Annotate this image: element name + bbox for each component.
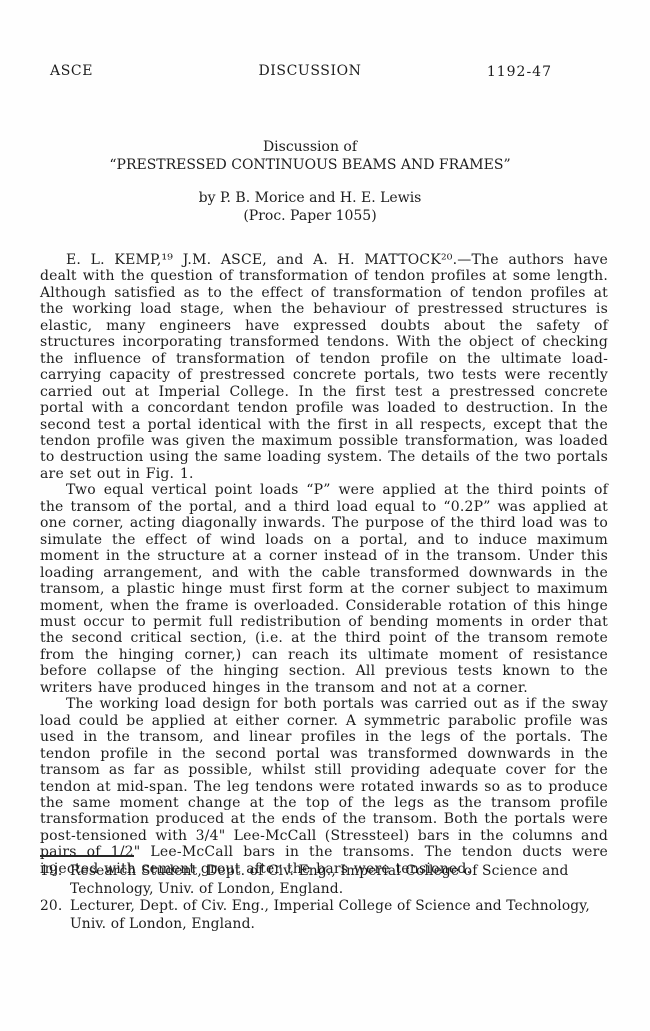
footnote-separator [40, 855, 134, 857]
body-paragraph: The working load design for both portals… [40, 696, 608, 877]
footnote-text: Research Student, Dept. of Civ. Eng., Im… [70, 863, 614, 898]
discussion-label: Discussion of [40, 139, 580, 157]
paper-reference: (Proc. Paper 1055) [40, 208, 580, 226]
byline: by P. B. Morice and H. E. Lewis [40, 190, 580, 208]
running-head-section: DISCUSSION [258, 63, 361, 79]
paper-title: “PRESTRESSED CONTINUOUS BEAMS AND FRAMES… [40, 157, 580, 175]
document-page: ASCE DISCUSSION 1192-47 Discussion of “P… [0, 0, 650, 1031]
article-title-block: Discussion of “PRESTRESSED CONTINUOUS BE… [40, 139, 580, 225]
footnote-19: 19. Research Student, Dept. of Civ. Eng.… [40, 863, 614, 898]
body-paragraph: E. L. KEMP,¹⁹ J.M. ASCE, and A. H. MATTO… [40, 252, 608, 482]
footnote-text: Lecturer, Dept. of Civ. Eng., Imperial C… [70, 898, 614, 933]
page-header: ASCE DISCUSSION 1192-47 [0, 63, 650, 81]
running-head-society: ASCE [50, 63, 93, 79]
running-head-page-number: 1192-47 [487, 64, 552, 80]
footnote-20: 20. Lecturer, Dept. of Civ. Eng., Imperi… [40, 898, 614, 933]
footnotes-section: 19. Research Student, Dept. of Civ. Eng.… [40, 863, 614, 933]
article-body: E. L. KEMP,¹⁹ J.M. ASCE, and A. H. MATTO… [40, 252, 608, 877]
footnote-number: 20. [40, 898, 70, 916]
body-paragraph: Two equal vertical point loads “P” were … [40, 482, 608, 696]
footnote-number: 19. [40, 863, 70, 881]
